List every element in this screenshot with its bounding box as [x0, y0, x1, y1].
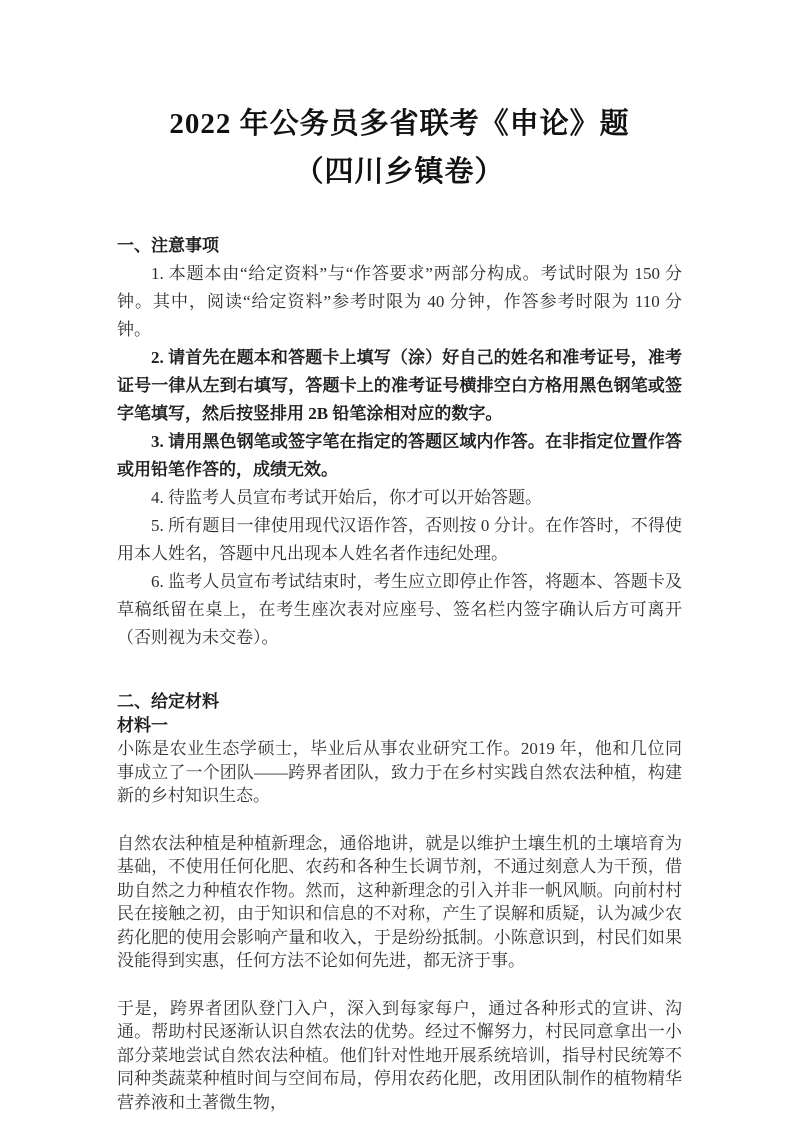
notice-item-4: 4. 待监考人员宣布考试开始后，你才可以开始答题。 — [117, 484, 682, 512]
exam-paper-page: 2022 年公务员多省联考《申论》题 （四川乡镇卷） 一、注意事项 1. 本题本… — [0, 0, 800, 1131]
materials-heading: 二、给定材料 — [117, 690, 682, 714]
notice-heading: 一、注意事项 — [117, 232, 682, 260]
title-line-1: 2022 年公务员多省联考《申论》题 — [117, 100, 682, 148]
notice-item-5: 5. 所有题目一律使用现代汉语作答，否则按 0 分计。在作答时，不得使用本人姓名… — [117, 512, 682, 568]
notice-item-2: 2. 请首先在题本和答题卡上填写（涂）好自己的姓名和准考证号，准考证号一律从左到… — [117, 344, 682, 428]
document-title: 2022 年公务员多省联考《申论》题 （四川乡镇卷） — [117, 100, 682, 196]
materials-section: 二、给定材料 材料一 小陈是农业生态学硕士，毕业后从事农业研究工作。2019 年… — [117, 690, 682, 1114]
notice-item-3: 3. 请用黑色钢笔或签字笔在指定的答题区域内作答。在非指定位置作答或用铅笔作答的… — [117, 428, 682, 484]
material-one-subheading: 材料一 — [117, 714, 682, 738]
material-paragraph-2: 自然农法种植是种植新理念，通俗地讲，就是以维护土壤生机的土壤培育为基础，不使用任… — [117, 832, 682, 973]
notice-item-1: 1. 本题本由“给定资料”与“作答要求”两部分构成。考试时限为 150 分钟。其… — [117, 260, 682, 344]
title-line-2: （四川乡镇卷） — [117, 148, 682, 196]
notice-section: 一、注意事项 1. 本题本由“给定资料”与“作答要求”两部分构成。考试时限为 1… — [117, 232, 682, 652]
material-paragraph-3: 于是，跨界者团队登门入户，深入到每家每户，通过各种形式的宣讲、沟通。帮助村民逐渐… — [117, 997, 682, 1115]
material-paragraph-1: 小陈是农业生态学硕士，毕业后从事农业研究工作。2019 年，他和几位同事成立了一… — [117, 737, 682, 808]
notice-item-6: 6. 监考人员宣布考试结束时，考生应立即停止作答，将题本、答题卡及草稿纸留在桌上… — [117, 568, 682, 652]
